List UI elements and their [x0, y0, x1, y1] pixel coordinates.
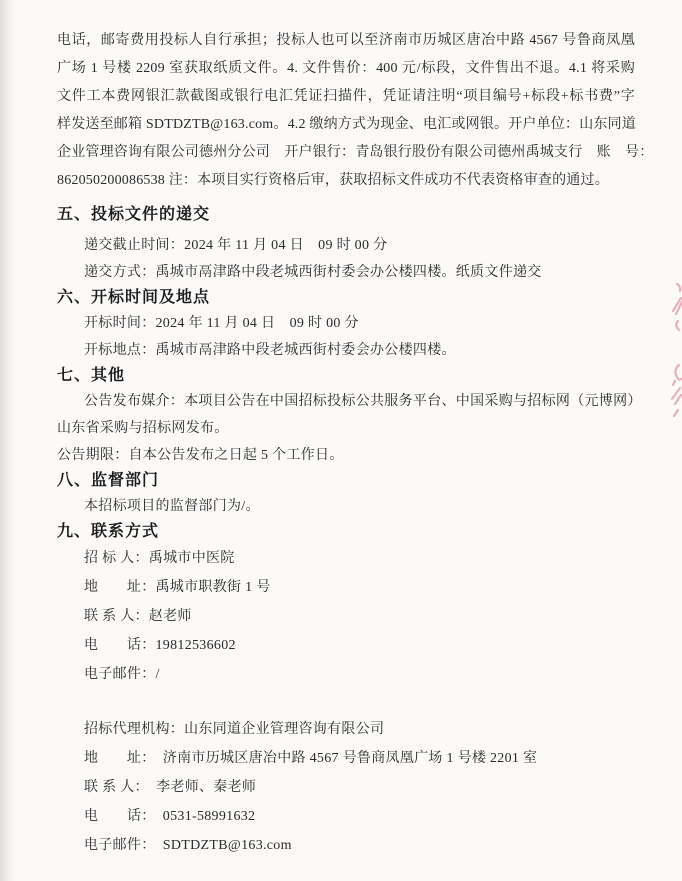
tenderer-contact-person-line: 联 系 人：赵老师 [57, 602, 635, 631]
tenderer-phone-line: 电 话：19812536602 [57, 631, 635, 660]
paragraph-line: 电话，邮寄费用投标人自行承担；投标人也可以至济南市历城区唐冶中路 4567 号鲁… [57, 27, 635, 55]
bid-opening-place-line: 开标地点：禹城市鬲津路中段老城西街村委会办公楼四楼。 [57, 337, 635, 364]
tenderer-email-line: 电子邮件：/ [57, 660, 635, 689]
submission-deadline-line: 递交截止时间：2024 年 11 月 04 日 09 时 00 分 [57, 232, 635, 259]
announcement-media-line-2: 山东省采购与招标网发布。 [57, 415, 635, 442]
paragraph-line: 文件工本费网银汇款截图或银行电汇凭证扫描件，凭证请注明“项目编号+标段+标书费”… [57, 83, 635, 111]
paragraph-line: 862050200086538 注：本项目实行资格后审，获取招标文件成功不代表资… [57, 167, 635, 195]
agency-phone-line: 电 话： 0531-58991632 [57, 802, 635, 831]
bid-opening-time-line: 开标时间：2024 年 11 月 04 日 09 时 00 分 [57, 310, 635, 337]
tenderer-contact-block: 招 标 人：禹城市中医院 地 址：禹城市职教街 1 号 联 系 人：赵老师 电 … [57, 544, 635, 689]
document-content: 电话，邮寄费用投标人自行承担；投标人也可以至济南市历城区唐冶中路 4567 号鲁… [57, 27, 635, 860]
agency-address-line: 地 址： 济南市历城区唐冶中路 4567 号鲁商凤凰广场 1 号楼 2201 室 [57, 744, 635, 773]
tenderer-address-line: 地 址：禹城市职教街 1 号 [57, 573, 635, 602]
agency-contact-person-line: 联 系 人： 李老师、秦老师 [57, 773, 635, 802]
agency-contact-block: 招标代理机构：山东同道企业管理咨询有限公司 地 址： 济南市历城区唐冶中路 45… [57, 715, 635, 860]
announcement-period-line: 公告期限：自本公告发布之日起 5 个工作日。 [57, 442, 635, 469]
scan-edge-shadow [0, 0, 16, 881]
continuation-paragraph: 电话，邮寄费用投标人自行承担；投标人也可以至济南市历城区唐冶中路 4567 号鲁… [57, 27, 635, 195]
section-6-heading: 六、开标时间及地点 [57, 286, 635, 310]
section-7-heading: 七、其他 [57, 364, 635, 388]
paragraph-line: 广场 1 号楼 2209 室获取纸质文件。4. 文件售价：400 元/标段，文件… [57, 55, 635, 83]
section-9-heading: 九、联系方式 [57, 520, 635, 544]
scanned-document-page: 电话，邮寄费用投标人自行承担；投标人也可以至济南市历城区唐冶中路 4567 号鲁… [0, 0, 682, 881]
supervision-department-line: 本招标项目的监督部门为/。 [57, 493, 635, 520]
red-seal-fragments [666, 281, 682, 426]
submission-method-line: 递交方式：禹城市鬲津路中段老城西街村委会办公楼四楼。纸质文件递交 [57, 259, 635, 286]
agency-email-line: 电子邮件： SDTDZTB@163.com [57, 831, 635, 860]
paragraph-line: 企业管理咨询有限公司德州分公司 开户银行：青岛银行股份有限公司德州禹城支行 账 … [57, 139, 635, 167]
announcement-media-line-1: 公告发布媒介：本项目公告在中国招标投标公共服务平台、中国采购与招标网（元博网） [57, 388, 635, 415]
section-8-heading: 八、监督部门 [57, 469, 635, 493]
tenderer-name-line: 招 标 人：禹城市中医院 [57, 544, 635, 573]
agency-name-line: 招标代理机构：山东同道企业管理咨询有限公司 [57, 715, 635, 744]
section-5-heading: 五、投标文件的递交 [57, 203, 635, 227]
paragraph-line: 样发送至邮箱 SDTDZTB@163.com。4.2 缴纳方式为现金、电汇或网银… [57, 111, 635, 139]
